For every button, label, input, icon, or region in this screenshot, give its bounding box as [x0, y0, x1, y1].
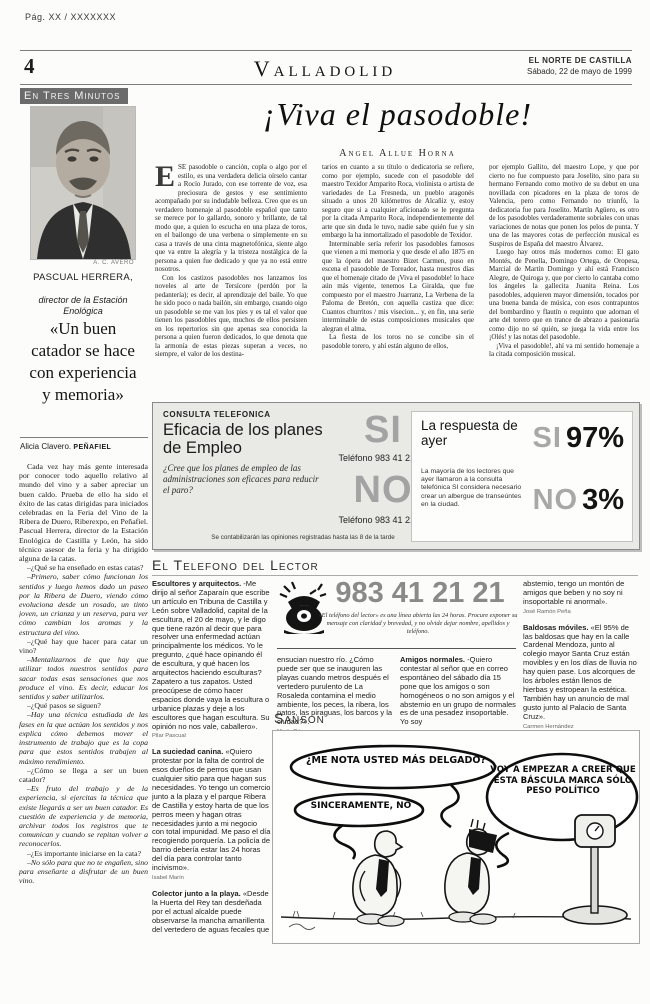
article-column-2: tarios en cuanto a su título o dedicator… — [322, 163, 474, 400]
letter-body: -Quiero contestar al señor que en correo… — [400, 656, 516, 726]
interview-answer: –No sólo para que no te engañen, sino pa… — [19, 858, 148, 886]
no-word: NO — [533, 484, 579, 516]
letters-phone-rule — [277, 648, 516, 649]
letter-signature: José Ramón Peña — [523, 608, 638, 617]
article-text: SE pasodoble o canción, copla o algo por… — [155, 163, 307, 273]
letter-body: abstemio, tengo un montón de amigos que … — [523, 580, 624, 606]
article-paragraph: Interminable sería referir los pasodoble… — [322, 240, 474, 334]
cartoon-figure-left — [353, 831, 404, 926]
article-paragraph: ESE pasodoble o canción, copla o algo po… — [155, 163, 307, 274]
letter: Amigos normales. -Quiero contestar al se… — [400, 656, 516, 727]
byline-rule — [20, 437, 148, 438]
letter-title: Amigos normales. — [400, 656, 465, 664]
header-rule-top — [20, 50, 632, 51]
byline-place: PEÑAFIEL — [73, 444, 111, 451]
speech-bubble-question: ¿ME NOTA USTED MÁS DELGADO? — [303, 755, 489, 766]
paper-date: Sábado, 22 de mayo de 1999 — [527, 67, 632, 76]
yesterday-yes-row: SI 97% — [516, 422, 624, 455]
section-label-en-tres-minutos: En Tres Minutos — [20, 88, 128, 104]
yes-word: SI — [533, 422, 562, 454]
letters-phone-number: 983 41 21 21 — [330, 577, 510, 610]
letter: abstemio, tengo un montón de amigos que … — [523, 580, 638, 617]
yesterday-result-panel: La respuesta de ayer La mayoría de los l… — [411, 411, 633, 542]
letter: Escultores y arquitectos. -Me dirijo al … — [152, 580, 271, 741]
portrait-illustration — [31, 107, 135, 259]
interview-byline: Alicia Clavero. PEÑAFIEL — [20, 442, 111, 451]
paper-name: EL NORTE DE CASTILLA — [529, 56, 632, 65]
article-column-3: por ejemplo Gallito, del maestro Lope, y… — [489, 163, 639, 400]
cartoonist-signature — [289, 924, 315, 930]
portrait-photo — [30, 106, 136, 260]
article-title: ¡Viva el pasodoble! — [155, 96, 640, 133]
article-paragraph: Con los castizos pasodobles nos lanzamos… — [155, 274, 307, 359]
letter-signature: Pilar Pascual — [152, 732, 271, 741]
article-column-1: ESE pasodoble o canción, copla o algo po… — [155, 163, 307, 400]
photo-credit: A. C. AVERO — [30, 260, 134, 266]
poll-question: ¿Cree que los planes de empleo de las ad… — [163, 463, 321, 496]
interview-answer: –Mentalizarnos de que hay que utilizar t… — [19, 655, 148, 701]
letter-body: -Me dirijo al señor Zaparaín que escribe… — [152, 580, 270, 731]
poll-title: Eficacia de los planes de Empleo — [163, 421, 323, 457]
interview-body: Cada vez hay más gente interesada por co… — [19, 462, 148, 997]
interview-question: –¿Es importante iniciarse en la cata? — [19, 849, 148, 858]
folio-note: Pág. XX / XXXXXXX — [25, 12, 116, 22]
letter-signature: Isabel Marín — [152, 874, 271, 883]
interviewee-role: director de la Estación Enológica — [18, 295, 148, 316]
paper-identity: EL NORTE DE CASTILLA Sábado, 22 de mayo … — [527, 55, 632, 77]
article-paragraph: ¡Viva el pasodoble!, ahí va mi sentido h… — [489, 342, 639, 359]
yes-percent: 97% — [566, 422, 624, 454]
header-rule-bottom — [20, 84, 632, 85]
letters-phone-note: «El teléfono del lector» es una línea ab… — [318, 612, 518, 636]
interview-question: –¿Cómo se llega a ser un buen catador? — [19, 766, 148, 784]
letter: La suciedad canina. «Quiero protestar po… — [152, 748, 271, 883]
letter-title: Baldosas móviles. — [523, 623, 588, 632]
article-paragraph: La fiesta de los toros no se concibe sin… — [322, 333, 474, 350]
article-paragraph: Luego hay otros más modernos como: El ga… — [489, 248, 639, 342]
poll-footnote: Se contabilizarán las opiniones registra… — [153, 534, 453, 541]
yesterday-title: La respuesta de ayer — [421, 418, 521, 448]
pull-quote: «Un buen catador se hace con experiencia… — [24, 318, 142, 406]
letter-title: Escultores y arquitectos. — [152, 580, 241, 588]
letter-body: «Quiero protestar por la falta de contro… — [152, 747, 270, 872]
interview-question: –¿Qué hay que hacer para catar un vino? — [19, 637, 148, 655]
interview-paragraph: Cada vez hay más gente interesada por co… — [19, 462, 148, 563]
letter: Baldosas móviles. «El 95% de las baldosa… — [523, 624, 638, 732]
interview-answer: –Es fruto del trabajo y de la experienci… — [19, 784, 148, 848]
byline-author: Alicia Clavero. — [20, 442, 71, 451]
drop-cap: E — [155, 163, 178, 190]
article-paragraph: tarios en cuanto a su título o dedicator… — [322, 163, 474, 240]
letters-heading-rule — [152, 575, 638, 576]
cartoon-figure-right — [445, 819, 497, 924]
speech-bubble-answer: SINCERAMENTE, NO — [305, 801, 417, 811]
letter: Colector junto a la playa. «Desde la Hue… — [152, 890, 271, 935]
article-paragraph: por ejemplo Gallito, del maestro Lope, y… — [489, 163, 639, 248]
letter-body: «El 95% de las baldosas que hay en la ca… — [523, 623, 637, 721]
article-byline: Angel Allue Horna — [155, 148, 640, 159]
letters-section-heading: El Telefono del Lector — [152, 557, 319, 573]
interview-answer: –Hay una técnica estudiada de las fases … — [19, 710, 148, 765]
cartoon-heading: Sanson — [274, 710, 325, 726]
letters-column-1: Escultores y arquitectos. -Me dirijo al … — [152, 580, 271, 980]
letter-title: La suciedad canina. — [152, 747, 223, 756]
letter-title: Colector junto a la playa. — [152, 889, 241, 898]
yesterday-text: La mayoría de los lectores que ayer llam… — [421, 468, 527, 509]
yesterday-no-row: NO 3% — [516, 484, 624, 517]
interviewee-name: PASCUAL HERRERA, — [18, 272, 148, 283]
interview-answer: –Primero, saber cómo funcionan los senti… — [19, 572, 148, 636]
interview-question: –¿Qué pasos se siguen? — [19, 701, 148, 710]
no-percent: 3% — [582, 484, 624, 516]
interview-question: –¿Qué se ha enseñado en estas catas? — [19, 563, 148, 572]
cartoon-panel: ¿ME NOTA USTED MÁS DELGADO? SINCERAMENTE… — [272, 730, 640, 944]
speech-bubble-retort: VOY A EMPEZAR A CREER QUE ESTA BÁSCULA M… — [489, 765, 637, 797]
newspaper-page: Pág. XX / XXXXXXX 4 Valladolid EL NORTE … — [0, 0, 650, 1004]
poll-label: CONSULTA TELEFONICA — [163, 410, 271, 419]
phone-poll-box: CONSULTA TELEFONICA Eficacia de los plan… — [152, 402, 640, 550]
